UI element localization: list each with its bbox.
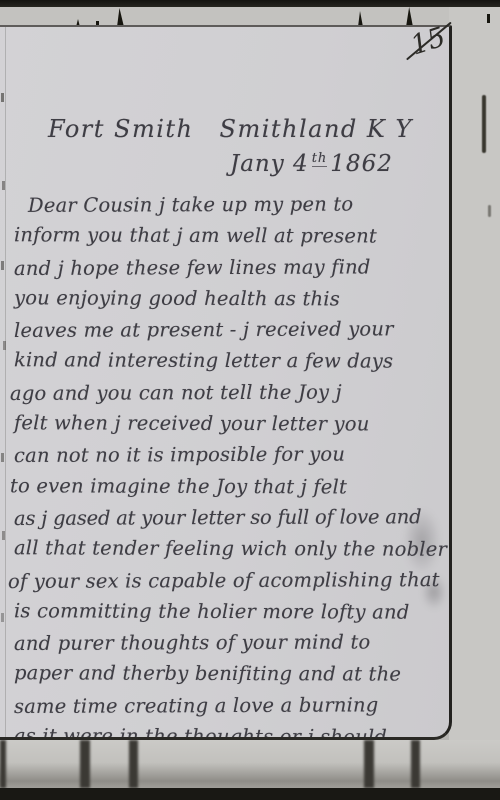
backdrop-top-strip bbox=[0, 0, 500, 7]
letter-line: is committing the holier more lofty and bbox=[14, 595, 452, 628]
letter-line: and j hope these few lines may find bbox=[14, 251, 452, 284]
letter-dateline: Jany 4th1862 bbox=[230, 151, 393, 177]
letter-line: all that tender feeling wich only the no… bbox=[14, 533, 452, 566]
letter-line: felt when j received your letter you bbox=[14, 407, 452, 440]
backdrop-right bbox=[449, 7, 500, 788]
letter-line: same time creating a love a burning bbox=[14, 689, 452, 722]
letter-body: Dear Cousin j take up my pen to inform y… bbox=[14, 189, 452, 740]
letter-line: you enjoying good health as this bbox=[14, 282, 452, 315]
letter-line: as j gased at your letter so full of lov… bbox=[14, 501, 452, 534]
page-fold-marks bbox=[1, 93, 4, 102]
backdrop-mark bbox=[488, 205, 491, 217]
date-prefix: Jany 4 bbox=[230, 151, 309, 177]
backdrop-bottom-band bbox=[0, 788, 500, 800]
backdrop-slats bbox=[0, 740, 500, 790]
letter-line: kind and interesting letter a few days bbox=[14, 345, 452, 378]
letter-line: inform you that j am well at present bbox=[14, 220, 452, 253]
date-superscript: th bbox=[312, 151, 328, 167]
slat-divider bbox=[0, 740, 6, 788]
slat-divider bbox=[129, 740, 138, 788]
letter-line: paper and therby benifiting and at the bbox=[14, 658, 452, 691]
letter-line: ago and you can not tell the Joy j bbox=[10, 376, 452, 409]
photo-stage: Fort SmithSmithland K Y Jany 4th1862 Dea… bbox=[0, 0, 500, 800]
letter-page: Fort SmithSmithland K Y Jany 4th1862 Dea… bbox=[0, 25, 452, 740]
page-fold-line bbox=[5, 27, 6, 737]
letter-line: and purer thoughts of your mind to bbox=[14, 626, 452, 659]
letter-heading: Fort SmithSmithland K Y bbox=[48, 115, 413, 143]
letter-line: as it were in the thoughts or j should bbox=[14, 720, 452, 740]
letter-line: Dear Cousin j take up my pen to bbox=[28, 188, 452, 221]
date-year: 1862 bbox=[330, 151, 393, 177]
letter-line: to even imagine the Joy that j felt bbox=[10, 470, 452, 503]
slat-divider bbox=[364, 740, 374, 788]
backdrop-mark bbox=[482, 95, 486, 153]
heading-place: Fort Smith bbox=[48, 115, 194, 143]
letter-line: can not no it is imposible for you bbox=[14, 438, 452, 471]
backdrop-top-band bbox=[0, 7, 500, 26]
heading-location: Smithland K Y bbox=[220, 115, 413, 143]
slat-divider bbox=[411, 740, 420, 788]
letter-line: of your sex is capable of acomplishing t… bbox=[8, 564, 452, 597]
binding-spike bbox=[487, 14, 490, 23]
slat-divider bbox=[80, 740, 90, 788]
letter-line: leaves me at present - j received your bbox=[14, 313, 452, 346]
